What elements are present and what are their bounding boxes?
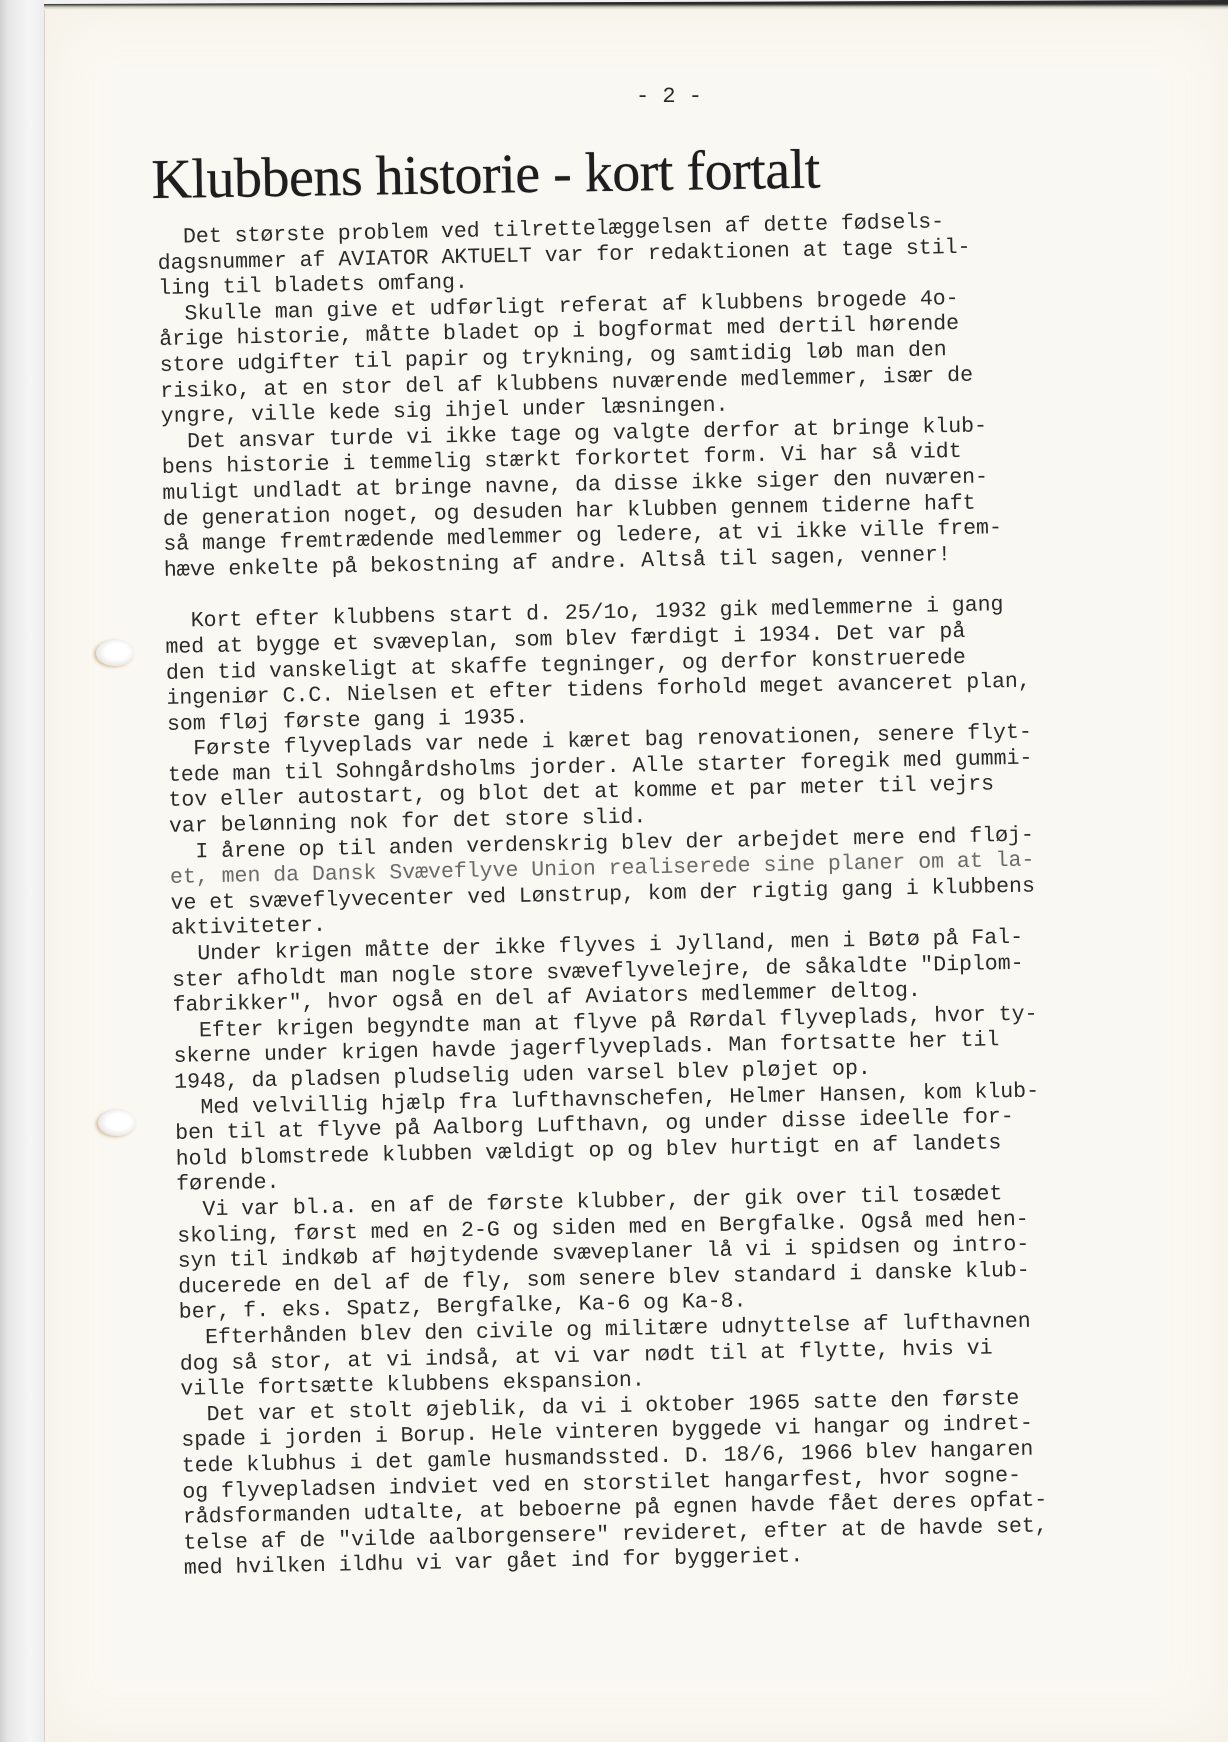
article-body: Det største problem ved tilrettelæggelse…	[157, 205, 1228, 1583]
page-title: Klubbens historie - kort fortalt	[151, 138, 820, 212]
paragraph: Det ansvar turde vi ikke tage og valgte …	[161, 409, 1224, 584]
page-top-edge	[44, 0, 1228, 10]
punch-hole-top	[96, 640, 134, 666]
paragraph: Kort efter klubbens start d. 25/1o, 1932…	[165, 589, 1227, 738]
paragraph: Vi var bl.a. en af de første klubber, de…	[177, 1177, 1228, 1326]
scan-background-strip	[0, 0, 44, 1742]
punch-hole-bottom	[98, 1110, 136, 1136]
paragraph: Det var et stolt øjeblik, da vi i oktobe…	[181, 1382, 1228, 1582]
page-number: - 2 -	[636, 84, 702, 109]
paragraph: Skulle man give et udførligt referat af …	[159, 281, 1221, 430]
